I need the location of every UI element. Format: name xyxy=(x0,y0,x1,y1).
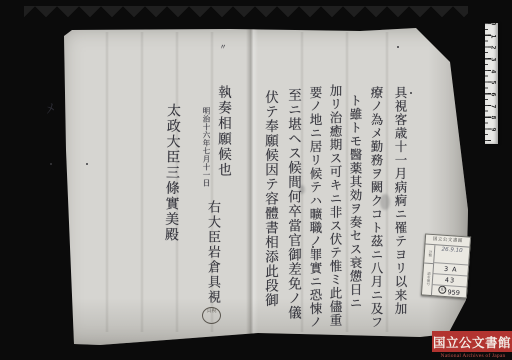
label-classification-value: 26.9.10 xyxy=(434,245,469,266)
date-line: 明治十六年七月十一日 xyxy=(201,107,212,187)
circled-seal-mark: 印 xyxy=(438,286,447,295)
ruler-number: 2 xyxy=(490,46,498,53)
archives-stamp-english: National Archives of Japan xyxy=(433,353,512,359)
ruler-number: 1 xyxy=(490,34,498,41)
ruler-number: 9 xyxy=(490,128,498,135)
text-column-7: 伏テ奉願候因テ容體書相添此段御 xyxy=(263,90,280,308)
paper-crease xyxy=(140,32,144,332)
text-column-1: 具視客歳十一月病痾ニ罹テヨリ以来加 xyxy=(392,86,409,316)
ruler-number: 6 xyxy=(490,93,498,100)
archives-stamp-japanese: 国立公文書館 xyxy=(433,333,511,351)
signature: 右大臣岩倉具視 xyxy=(203,200,222,305)
label-call-number-value: 959 xyxy=(447,288,460,297)
ruler-number: 8 xyxy=(490,116,498,123)
ruler-number: 0 xyxy=(490,23,498,29)
folder-sawtooth-edge xyxy=(24,6,468,21)
signer-seal-stamp: 具視 xyxy=(202,307,221,324)
ruler-number: 7 xyxy=(490,104,498,111)
ink-smudge xyxy=(299,185,305,194)
ink-speck xyxy=(312,246,314,248)
ink-speck xyxy=(50,163,52,165)
measurement-ruler: 0 1 2 3 4 5 6 7 8 9 xyxy=(485,23,498,144)
closing-phrase: 執奏相願候也 xyxy=(213,85,233,178)
ink-speck xyxy=(86,163,88,165)
text-column-5: 要ノ地ニ居リ候テハ曠職ノ罪實ニ恐悚ノ xyxy=(307,86,324,329)
ruler-number: 4 xyxy=(490,69,498,76)
label-classification-key: 分類 xyxy=(424,245,434,264)
ink-speck xyxy=(410,92,412,94)
center-fold xyxy=(246,28,258,336)
addressee-line: 太政大臣三條實美殿 xyxy=(161,103,183,243)
label-call-number-row: 印959 xyxy=(432,285,467,297)
text-column-3: ト雖トモ醫薬其効ヲ奏セス衰憊日ニ xyxy=(347,94,364,310)
archives-stamp: 国立公文書館 xyxy=(432,331,512,352)
ink-speck xyxy=(397,46,399,48)
paper-crease xyxy=(385,32,389,332)
archive-call-number-label: 国立公文書館 分類 請求番号 26.9.10 3 A 43 印959 xyxy=(421,233,471,298)
ditto-tick-mark: 〃 xyxy=(218,43,228,50)
margin-check-mark: メ xyxy=(41,100,60,116)
ink-smudge xyxy=(380,194,390,210)
ruler-number: 5 xyxy=(490,81,498,88)
scanned-document-page: 具視客歳十一月病痾ニ罹テヨリ以来加 療ノ為メ勤務ヲ闕クコト茲ニ八月ニ及フ ト雖ト… xyxy=(0,0,512,360)
text-column-6: 至ニ堪ヘス候間何卒當官御差免ノ儀 xyxy=(286,88,303,320)
paper-crease xyxy=(105,32,109,332)
text-column-4: 加リ治癒期ス可キニ非ス伏テ惟ミ此儘重 xyxy=(327,84,344,327)
ruler-number: 3 xyxy=(490,57,498,64)
